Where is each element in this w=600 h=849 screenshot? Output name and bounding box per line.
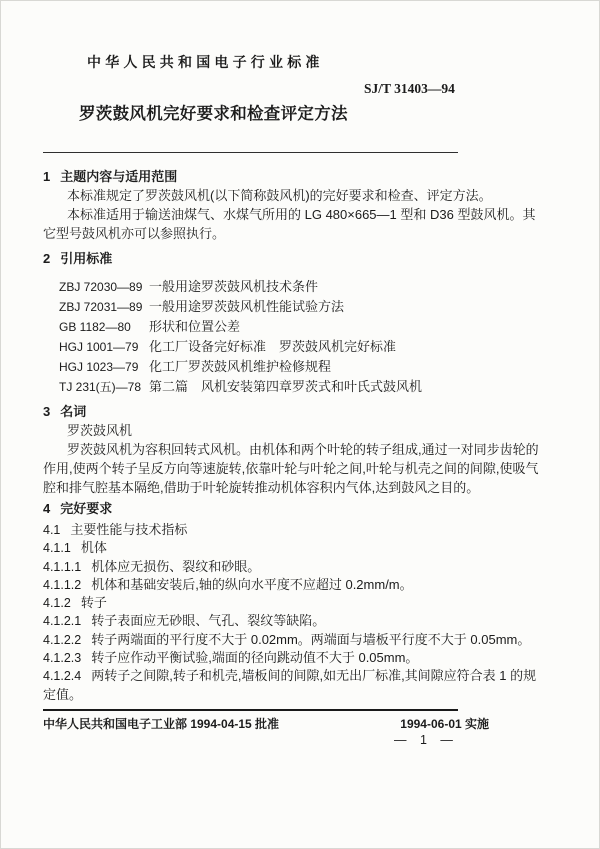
section-title: 名词 <box>60 404 86 419</box>
section-3-heading: 3名词 <box>43 402 543 421</box>
page-footer: 中华人民共和国电子工业部 1994-04-15 批准 1994-06-01 实施… <box>43 709 489 732</box>
clause-text: 转子应作动平衡试验,端面的径向跳动值不大于 0.05mm。 <box>91 650 418 665</box>
section-2-heading: 2引用标准 <box>43 249 543 268</box>
clause: 4.1主要性能与技术指标 <box>43 521 543 539</box>
clause-text: 主要性能与技术指标 <box>70 522 187 537</box>
document-title: 罗茨鼓风机完好要求和检查评定方法 <box>79 100 348 124</box>
reference-title: 第二篇 风机安装第四章罗茨式和叶氏式鼓风机 <box>149 379 422 394</box>
reference-code: HGJ 1001—79 <box>59 338 143 357</box>
clause-text: 转子 <box>81 595 107 610</box>
reference-title: 形状和位置公差 <box>149 319 240 334</box>
clause-text: 机体和基础安装后,轴的纵向水平度不应超过 0.2mm/m。 <box>91 577 412 592</box>
reference-code: TJ 231(五)—78 <box>59 378 143 397</box>
page-number: — 1 — <box>394 733 453 747</box>
section-title: 完好要求 <box>60 501 112 516</box>
clause-number: 4.1.1 <box>43 541 71 555</box>
reference-list: ZBJ 72030—89一般用途罗茨鼓风机技术条件 ZBJ 72031—89一般… <box>43 277 543 397</box>
clause-number: 4.1.1.2 <box>43 578 81 592</box>
footer-dates: 中华人民共和国电子工业部 1994-04-15 批准 1994-06-01 实施 <box>43 715 489 732</box>
clause-number: 4.1.2.1 <box>43 614 81 628</box>
clause-text: 机体应无损伤、裂纹和砂眼。 <box>91 559 260 574</box>
section-title: 主题内容与适用范围 <box>60 169 177 184</box>
clause-number: 4.1.2.4 <box>43 669 81 683</box>
clause: 4.1.2转子 <box>43 594 543 612</box>
reference-title: 一般用途罗茨鼓风机技术条件 <box>149 279 318 294</box>
clause-list: 4.1主要性能与技术指标 4.1.1机体 4.1.1.1机体应无损伤、裂纹和砂眼… <box>43 521 543 704</box>
clause: 4.1.2.3转子应作动平衡试验,端面的径向跳动值不大于 0.05mm。 <box>43 649 543 667</box>
clause-text: 两转子之间隙,转子和机壳,墙板间的间隙,如无出厂标准,其间隙应符合表 1 的规定… <box>43 668 536 701</box>
clause-text: 机体 <box>81 540 107 555</box>
term-name: 罗茨鼓风机 <box>43 421 543 440</box>
reference-title: 化工厂罗茨鼓风机维护检修规程 <box>149 359 331 374</box>
clause: 4.1.2.2转子两端面的平行度不大于 0.02mm。两端面与墙板平行度不大于 … <box>43 631 543 649</box>
section-number: 2 <box>43 251 50 266</box>
clause: 4.1.2.4两转子之间隙,转子和机壳,墙板间的间隙,如无出厂标准,其间隙应符合… <box>43 667 543 704</box>
clause-text: 转子表面应无砂眼、气孔、裂纹等缺陷。 <box>91 613 325 628</box>
reference-item: ZBJ 72030—89一般用途罗茨鼓风机技术条件 <box>43 277 543 297</box>
clause: 4.1.2.1转子表面应无砂眼、气孔、裂纹等缺陷。 <box>43 612 543 630</box>
scope-paragraph-1: 本标准规定了罗茨鼓风机(以下简称鼓风机)的完好要求和检查、评定方法。 <box>43 186 543 205</box>
section-number: 3 <box>43 404 50 419</box>
section-4-heading: 4完好要求 <box>43 499 543 518</box>
clause-number: 4.1.1.1 <box>43 560 81 574</box>
clause-number: 4.1 <box>43 523 60 537</box>
reference-code: GB 1182—80 <box>59 318 143 337</box>
reference-item: GB 1182—80形状和位置公差 <box>43 317 543 337</box>
reference-title: 一般用途罗茨鼓风机性能试验方法 <box>149 299 344 314</box>
reference-code: HGJ 1023—79 <box>59 358 143 377</box>
reference-code: ZBJ 72030—89 <box>59 278 143 297</box>
reference-item: ZBJ 72031—89一般用途罗茨鼓风机性能试验方法 <box>43 297 543 317</box>
reference-item: TJ 231(五)—78第二篇 风机安装第四章罗茨式和叶氏式鼓风机 <box>43 377 543 397</box>
clause-number: 4.1.2.3 <box>43 651 81 665</box>
approval-statement: 中华人民共和国电子工业部 1994-04-15 批准 <box>43 715 279 732</box>
header-rule <box>43 152 458 153</box>
issuing-org-header: 中华人民共和国电子行业标准 <box>87 52 324 72</box>
section-number: 4 <box>43 501 50 516</box>
footer-rule <box>43 709 458 711</box>
clause: 4.1.1机体 <box>43 539 543 557</box>
reference-item: HGJ 1001—79化工厂设备完好标准 罗茨鼓风机完好标准 <box>43 337 543 357</box>
clause: 4.1.1.2机体和基础安装后,轴的纵向水平度不应超过 0.2mm/m。 <box>43 576 543 594</box>
clause-text: 转子两端面的平行度不大于 0.02mm。两端面与墙板平行度不大于 0.05mm。 <box>91 632 530 647</box>
document-page: 中华人民共和国电子行业标准 SJ/T 31403—94 罗茨鼓风机完好要求和检查… <box>0 0 600 849</box>
document-body: 1主题内容与适用范围 本标准规定了罗茨鼓风机(以下简称鼓风机)的完好要求和检查、… <box>43 163 543 704</box>
term-definition: 罗茨鼓风机为容积回转式风机。由机体和两个叶轮的转子组成,通过一对同步齿轮的作用,… <box>43 440 543 497</box>
section-title: 引用标准 <box>60 251 112 266</box>
reference-title: 化工厂设备完好标准 罗茨鼓风机完好标准 <box>149 339 396 354</box>
clause: 4.1.1.1机体应无损伤、裂纹和砂眼。 <box>43 558 543 576</box>
implementation-date: 1994-06-01 实施 <box>400 715 489 732</box>
section-1-heading: 1主题内容与适用范围 <box>43 167 543 186</box>
clause-number: 4.1.2.2 <box>43 633 81 647</box>
standard-number: SJ/T 31403—94 <box>364 81 455 97</box>
scope-paragraph-2: 本标准适用于输送油煤气、水煤气所用的 LG 480×665—1 型和 D36 型… <box>43 205 543 243</box>
section-number: 1 <box>43 169 50 184</box>
reference-code: ZBJ 72031—89 <box>59 298 143 317</box>
reference-item: HGJ 1023—79化工厂罗茨鼓风机维护检修规程 <box>43 357 543 377</box>
clause-number: 4.1.2 <box>43 596 71 610</box>
